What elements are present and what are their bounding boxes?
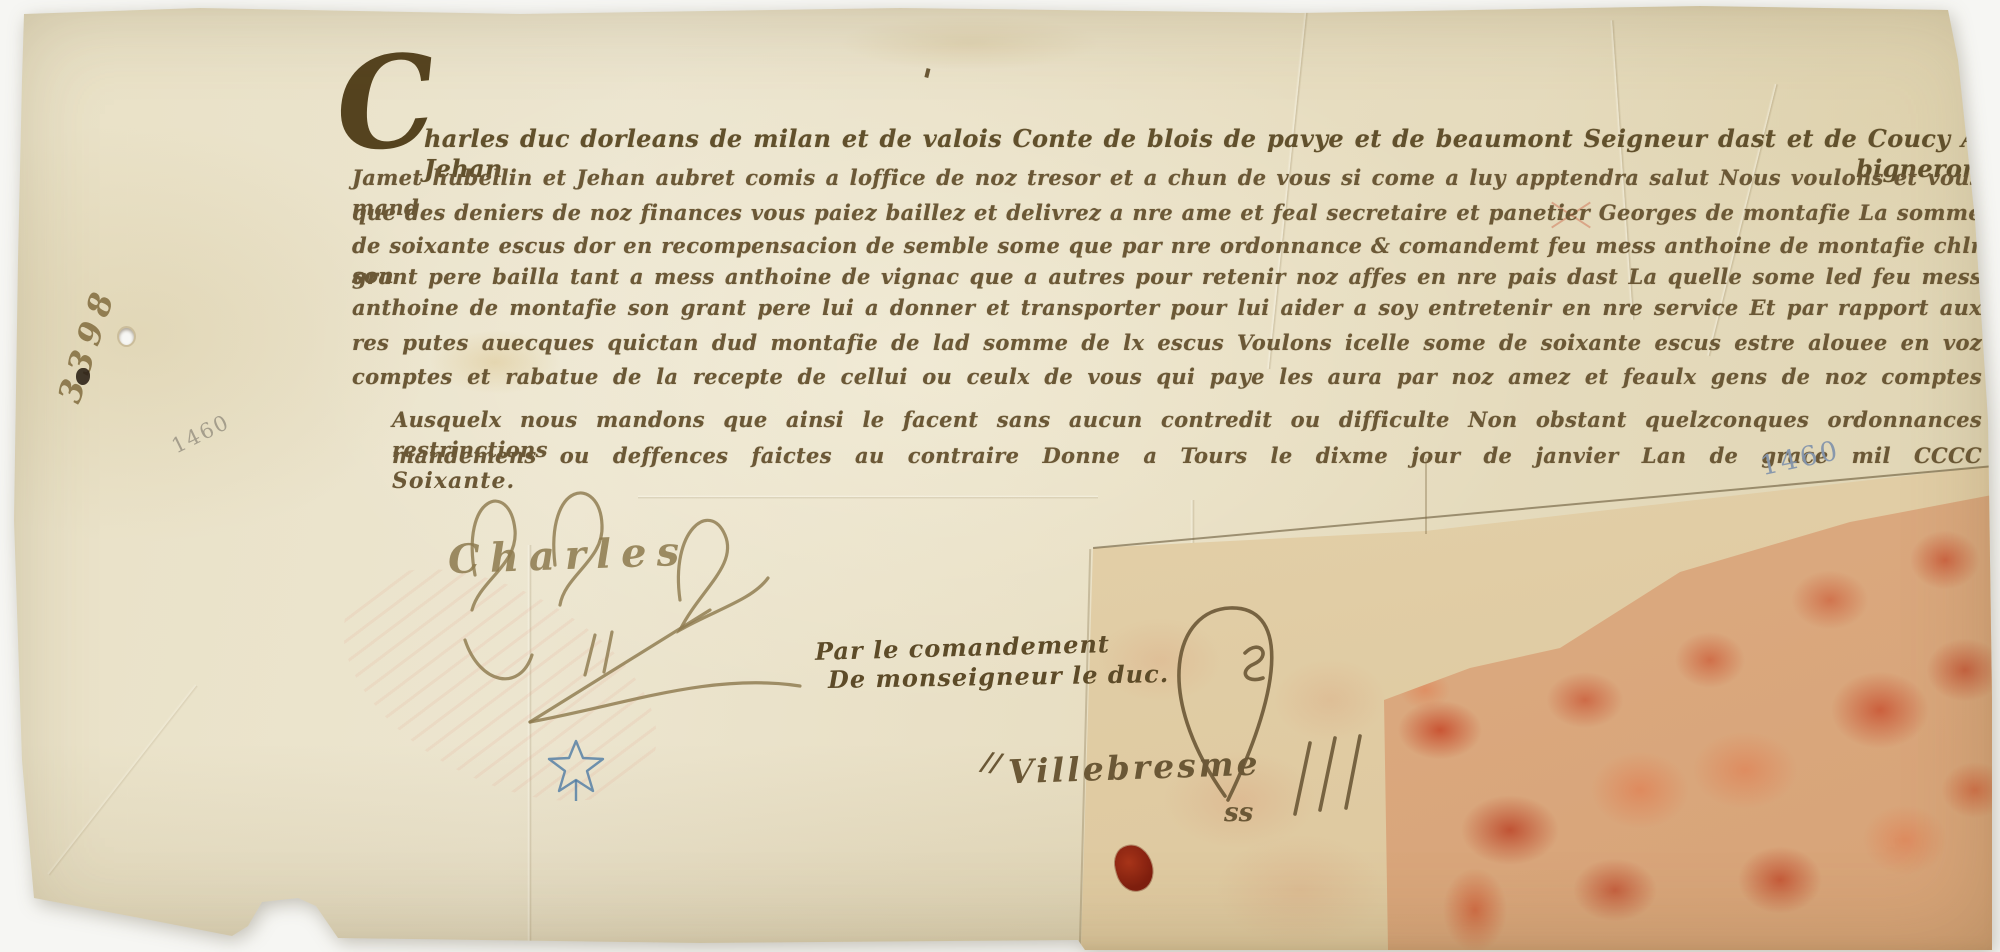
edge-shading	[0, 0, 2000, 952]
parchment-charter: C ' harles duc dorleans de milan et de v…	[0, 0, 2000, 952]
parchment-shadow-wrap: C ' harles duc dorleans de milan et de v…	[0, 0, 2000, 952]
manuscript-photo: C ' harles duc dorleans de milan et de v…	[0, 0, 2000, 952]
